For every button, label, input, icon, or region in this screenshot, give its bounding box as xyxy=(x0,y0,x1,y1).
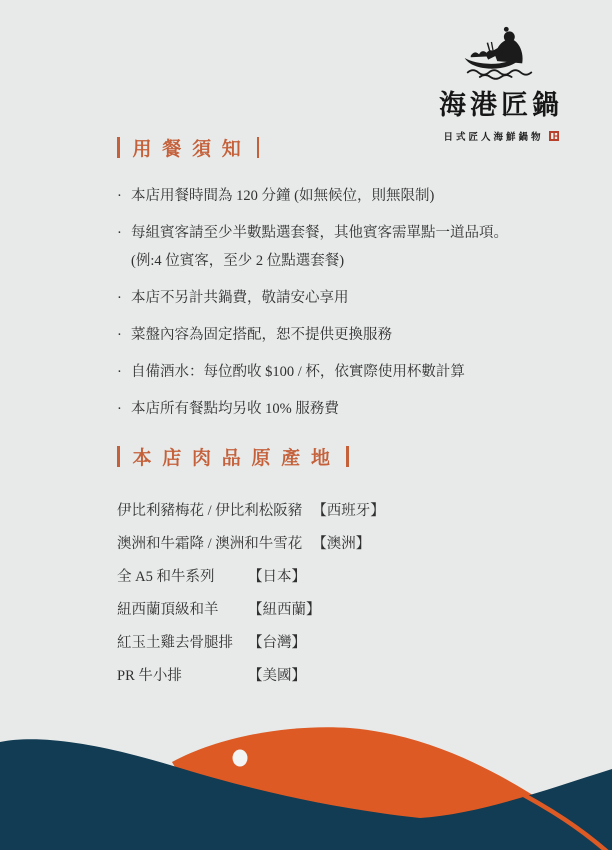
notice-item: · 本店所有餐點均另收 10% 服務費 xyxy=(117,398,576,420)
menu-page: 海港匠鍋 日式匠人海鮮鍋物 用 餐 須 知 · 本店用餐時間為 120 分鐘 (… xyxy=(0,0,612,850)
title-bar-right xyxy=(257,137,260,158)
origin-row: 澳洲和牛霜降 / 澳洲和牛雪花 【澳洲】 xyxy=(117,533,576,555)
meat-name: 紐西蘭頂級和羊 xyxy=(117,599,238,621)
notice-text: 自備酒水：每位酌收 $100 / 杯，依實際使用杯數計算 xyxy=(131,361,465,383)
notice-text: 本店所有餐點均另收 10% 服務費 xyxy=(131,398,339,420)
meat-name: 伊比利豬梅花 / 伊比利松阪豬 xyxy=(117,500,302,522)
notice-text: 本店用餐時間為 120 分鐘 (如無候位，則無限制) xyxy=(131,185,434,207)
content-column: 用 餐 須 知 · 本店用餐時間為 120 分鐘 (如無候位，則無限制) · 每… xyxy=(117,134,576,698)
notice-item: · 每組賓客請至少半數點選套餐，其他賓客需單點一道品項。 (例:4 位賓客，至少… xyxy=(117,222,576,272)
origin-row: 伊比利豬梅花 / 伊比利松阪豬 【西班牙】 xyxy=(117,500,576,522)
section-title-meat-origin: 本 店 肉 品 原 產 地 xyxy=(117,443,576,470)
bullet-dot: · xyxy=(117,324,131,346)
bullet-dot: · xyxy=(117,398,131,420)
origin-country: 【日本】 xyxy=(248,566,306,588)
meat-name: 全 A5 和牛系列 xyxy=(117,566,238,588)
meat-origin-title: 本 店 肉 品 原 產 地 xyxy=(133,443,334,470)
bullet-dot: · xyxy=(117,287,131,309)
title-bar-left xyxy=(117,446,120,467)
title-bar-right xyxy=(346,446,349,467)
notice-item: · 本店不另計共鍋費，敬請安心享用 xyxy=(117,287,576,309)
notice-item: · 本店用餐時間為 120 分鐘 (如無候位，則無限制) xyxy=(117,185,576,207)
notice-item: · 自備酒水：每位酌收 $100 / 杯，依實際使用杯數計算 xyxy=(117,361,576,383)
footer-wave-art xyxy=(0,650,612,850)
origin-row: 全 A5 和牛系列 【日本】 xyxy=(117,566,576,588)
notice-item: · 菜盤內容為固定搭配，恕不提供更換服務 xyxy=(117,324,576,346)
bullet-dot: · xyxy=(117,185,131,207)
dining-notice-list: · 本店用餐時間為 120 分鐘 (如無候位，則無限制) · 每組賓客請至少半數… xyxy=(117,185,576,420)
fish-eye xyxy=(233,750,248,767)
section-title-dining-notice: 用 餐 須 知 xyxy=(117,134,576,161)
notice-text: 本店不另計共鍋費，敬請安心享用 xyxy=(131,287,349,309)
dining-notice-title: 用 餐 須 知 xyxy=(133,134,244,161)
title-bar-left xyxy=(117,137,120,158)
origin-country: 【紐西蘭】 xyxy=(248,599,321,621)
origin-country: 【澳洲】 xyxy=(312,533,370,555)
chef-cooking-icon xyxy=(463,24,539,80)
notice-example-note: (例:4 位賓客，至少 2 位點選套餐) xyxy=(131,250,508,272)
bullet-dot: · xyxy=(117,222,131,272)
notice-body: 每組賓客請至少半數點選套餐，其他賓客需單點一道品項。 (例:4 位賓客，至少 2… xyxy=(131,222,508,272)
notice-text: 菜盤內容為固定搭配，恕不提供更換服務 xyxy=(131,324,392,346)
restaurant-logo: 海港匠鍋 日式匠人海鮮鍋物 xyxy=(418,24,584,143)
notice-text: 每組賓客請至少半數點選套餐，其他賓客需單點一道品項。 xyxy=(131,222,508,244)
origin-country: 【西班牙】 xyxy=(312,500,385,522)
brand-name: 海港匠鍋 xyxy=(439,83,563,122)
meat-name: 澳洲和牛霜降 / 澳洲和牛雪花 xyxy=(117,533,302,555)
bullet-dot: · xyxy=(117,361,131,383)
origin-row: 紐西蘭頂級和羊 【紐西蘭】 xyxy=(117,599,576,621)
